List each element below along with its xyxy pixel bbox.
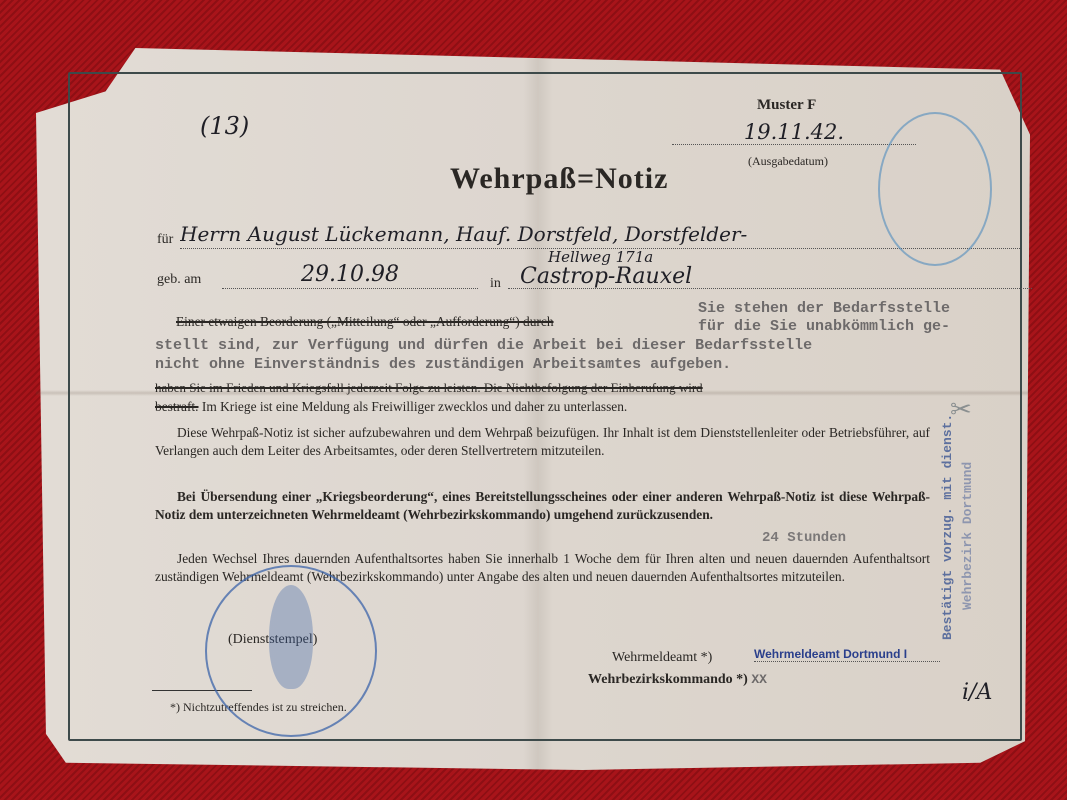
typed-line-4: nicht ohne Einverständnis des zuständige… xyxy=(155,356,731,373)
paragraph-return: Bei Übersendung einer „Kriegsbeorderung“… xyxy=(155,488,930,524)
struck-line-2: haben Sie im Frieden und Kriegsfall jede… xyxy=(155,380,703,396)
typed-line-3: stellt sind, zur Verfügung und dürfen di… xyxy=(155,337,812,354)
volunteer-notice: Im Kriege ist eine Meldung als Freiwilli… xyxy=(202,399,627,414)
office-label: Wehrmeldeamt *) xyxy=(612,650,712,666)
typed-line-1: Sie stehen der Bedarfsstelle xyxy=(698,300,950,317)
vertical-stamp-1: Bestätigt vorzug. mit dienst. xyxy=(940,400,955,640)
issue-date-label: (Ausgabedatum) xyxy=(748,154,828,169)
form-label: Muster F xyxy=(757,97,816,114)
eagle-emblem-icon xyxy=(269,585,313,689)
office-stamp: Wehrmeldeamt Dortmund I xyxy=(754,647,940,662)
in-label: in xyxy=(490,276,501,292)
typed-line-2: für die Sie unabkömmlich ge- xyxy=(698,318,950,335)
command-label: Wehrbezirkskommando *) XX xyxy=(588,672,767,688)
issue-date-field: 19.11.42. xyxy=(672,120,916,145)
bottom-left-stamp xyxy=(205,565,377,737)
paragraph-storage: Diese Wehrpaß-Notiz ist sicher aufzubewa… xyxy=(155,424,930,460)
birth-place: Castrop-Rauxel xyxy=(508,264,1032,289)
signature: i/A xyxy=(962,680,992,705)
for-label: für xyxy=(157,232,173,248)
command-label-text: Wehrbezirkskommando *) xyxy=(588,672,748,687)
reference-number: (13) xyxy=(200,112,249,140)
paper-clip-icon: ✂ xyxy=(950,395,972,425)
vertical-stamp-2: Wehrbezirk Dortmund xyxy=(960,430,975,610)
top-right-stamp xyxy=(878,112,992,266)
birth-date: 29.10.98 xyxy=(222,262,478,289)
document-title: Wehrpaß=Notiz xyxy=(450,162,668,196)
line-3: bestraft. Im Kriege ist eine Meldung als… xyxy=(155,399,627,415)
typed-overlay-24h: 24 Stunden xyxy=(762,530,846,546)
issue-date: 19.11.42. xyxy=(744,120,844,144)
command-suffix: XX xyxy=(751,672,767,687)
struck-word: bestraft. xyxy=(155,399,199,414)
struck-line-1: Einer etwaigen Beorderung („Mitteilung“ … xyxy=(176,314,554,330)
born-label: geb. am xyxy=(157,272,201,288)
